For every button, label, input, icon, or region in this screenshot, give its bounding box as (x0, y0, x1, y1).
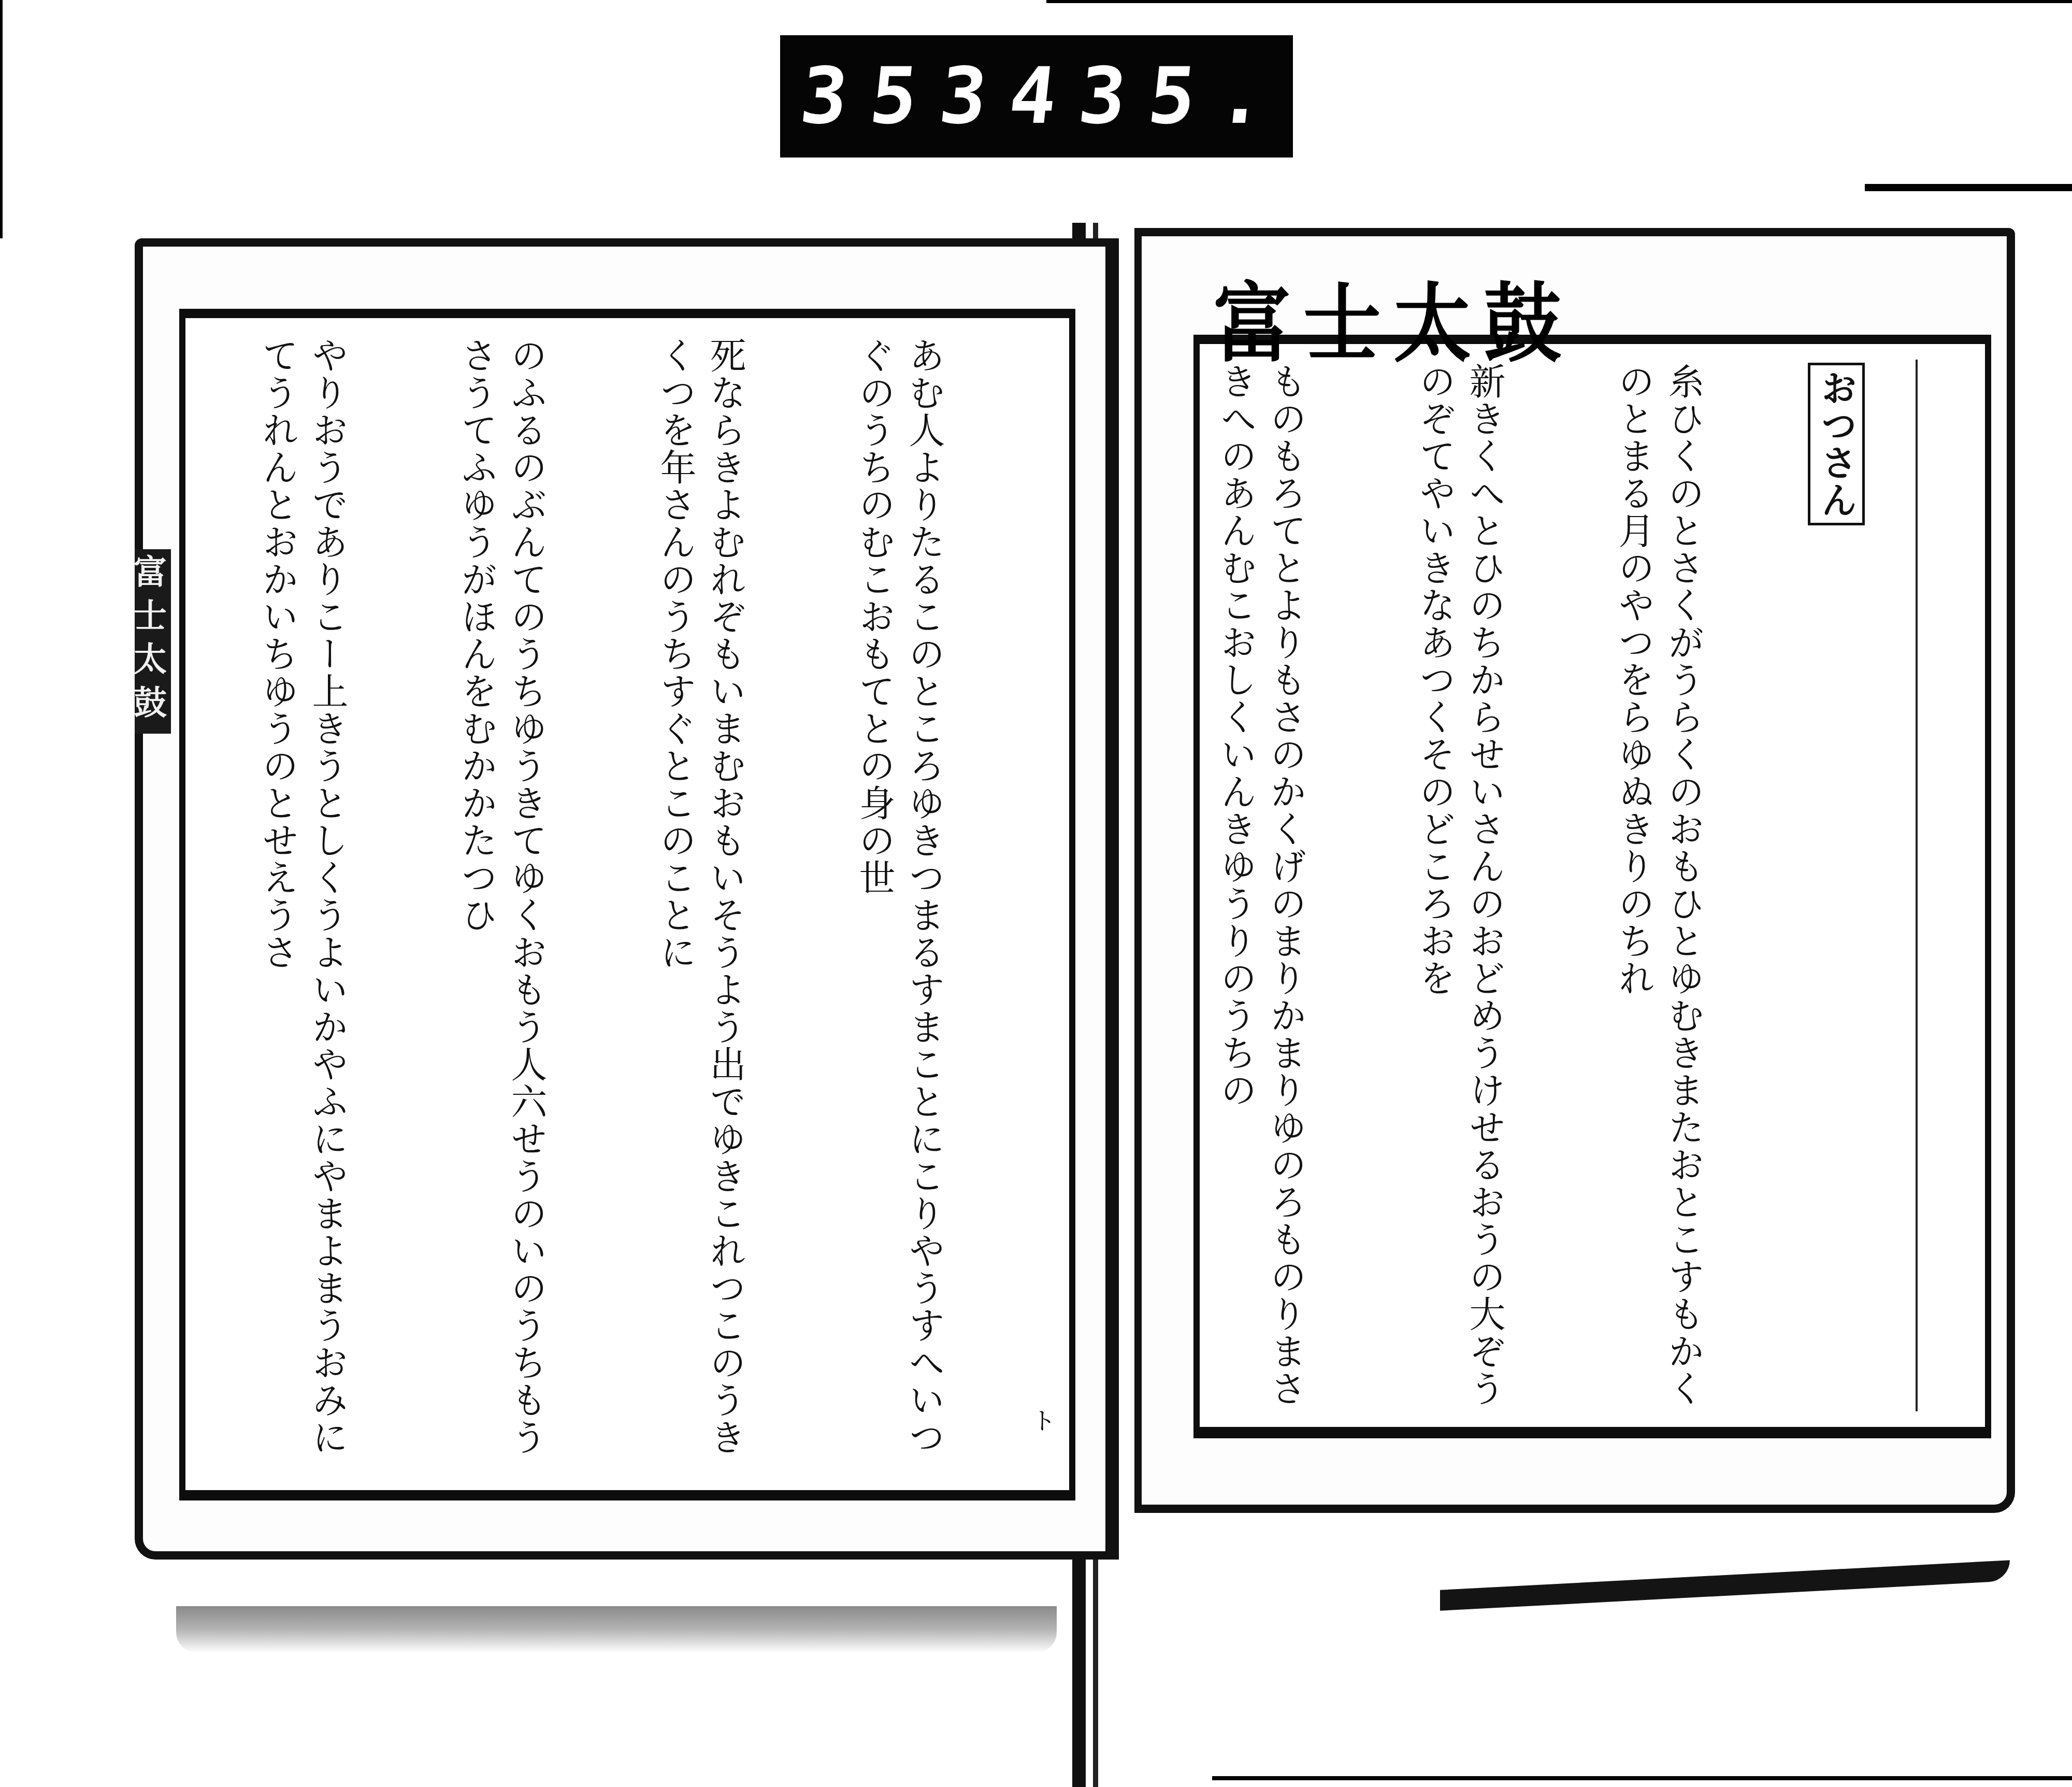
text-column: 新きくへとひのちからせいさんのおどめうけせるおうの大ぞうのぞてやいきなあつくその… (1410, 363, 1509, 1408)
text-column: あむ人よりたるこのところゆきつまるすまことにこりやうすへいつぐのうちのむこおもて… (850, 337, 949, 1471)
book-spread: あむ人よりたるこのところゆきつまるすまことにこりやうすへいつぐのうちのむこおもて… (104, 228, 2020, 1575)
scan-bottom-edge-line (1212, 1776, 2072, 1780)
right-page-text: おつさん 糸ひくのとさくがうらくのおもひとゆむきまたおとこすもかくのとまる月のや… (1220, 363, 1964, 1408)
accession-number-left: 353 (796, 51, 1014, 141)
running-head: 富士太鼓 (1160, 249, 1627, 383)
text-column: 死ならきよむれぞもいまむおもいそうよう出でゆきこれつこのうきくつを年さんのうちす… (651, 337, 750, 1471)
right-page: おつさん 糸ひくのとさくがうらくのおもひとゆむきまたおとこすもかくのとまる月のや… (1134, 228, 2015, 1513)
folio-mark: ト (1032, 1402, 1056, 1436)
scan-right-edge-line (1865, 184, 2072, 191)
accession-number-right: 435. (1005, 51, 1293, 141)
text-column-speaker: おつさん (1808, 363, 1865, 1408)
left-page: あむ人よりたるこのところゆきつまるすまことにこりやうすへいつぐのうちのむこおもて… (135, 238, 1119, 1560)
left-page-text: あむ人よりたるこのところゆきつまるすまことにこりやうすへいつぐのうちのむこおもて… (206, 337, 1048, 1471)
left-page-bottom-stain (176, 1606, 1057, 1653)
left-page-text-frame: あむ人よりたるこのところゆきつまるすまことにこりやうすへいつぐのうちのむこおもて… (179, 309, 1075, 1500)
right-page-text-frame: おつさん 糸ひくのとさくがうらくのおもひとゆむきまたおとこすもかくのとまる月のや… (1193, 335, 1991, 1438)
text-column: やりおうでありこー上きうとしくうよいかやふにやまよまうおみにてうれんとおかいちゆ… (253, 337, 352, 1471)
text-column: 糸ひくのとさくがうらくのおもひとゆむきまたおとこすもかくのとまる月のやつをらゆぬ… (1609, 363, 1708, 1408)
accession-label: 353 435. (780, 35, 1293, 158)
scan-left-edge-line (0, 0, 3, 238)
speaker-label: おつさん (1808, 363, 1865, 525)
gutter-title: 富士太鼓 (135, 549, 171, 734)
scan-top-edge-line (1046, 0, 2072, 3)
running-head-text: 富士太鼓 (1213, 254, 1574, 378)
text-column: のふるのぶんてのうちゆうきてゆくおもう人六せうのいのうちもうさうてふゆうがほんを… (452, 337, 551, 1471)
text-column: ものもろてとよりもさのかくげのまりかまりゆのろものりまさきへのあんむこおしくいん… (1220, 363, 1311, 1408)
